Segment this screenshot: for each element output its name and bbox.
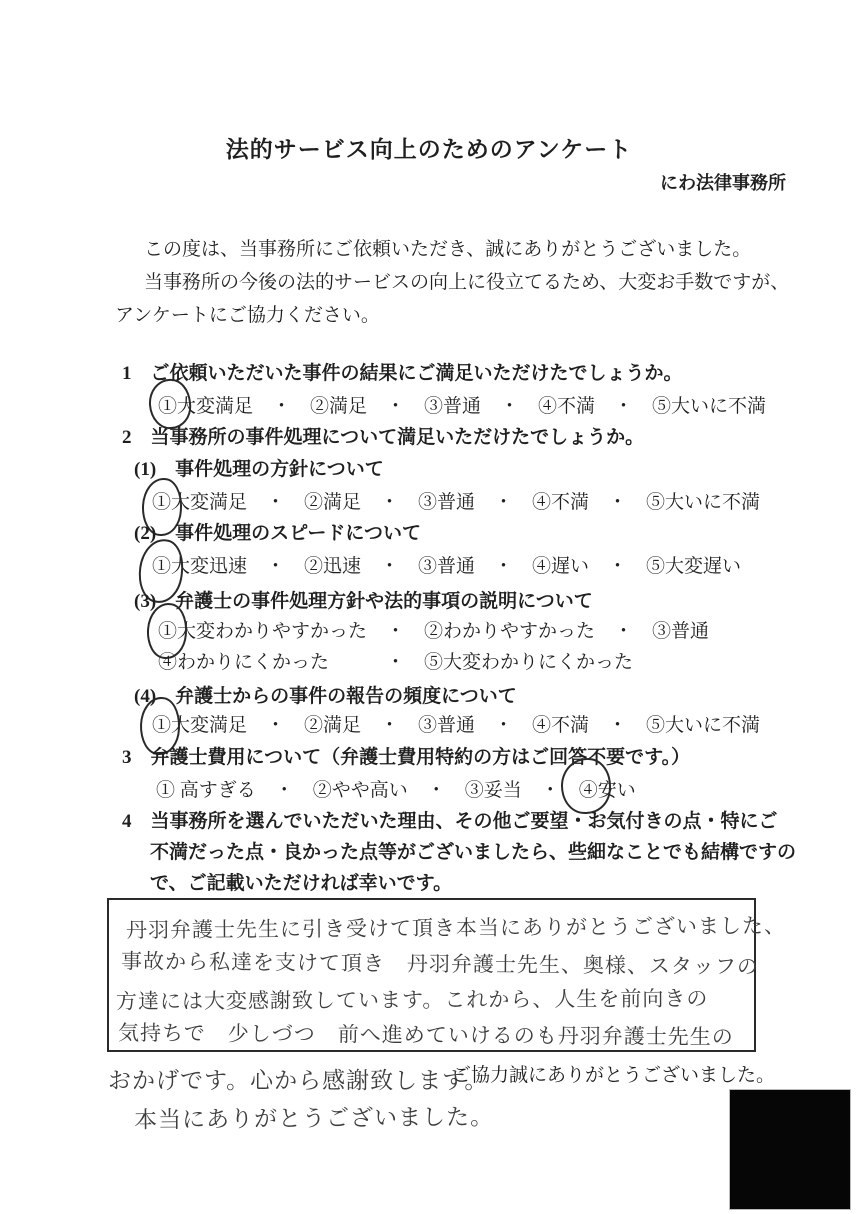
printed-thanks: ご協力誠にありがとうございました。 (452, 1064, 775, 1088)
question-4-heading-line2: 不満だった点・良かった点等がございましたら、些細なことでも結構ですの (150, 841, 796, 865)
question-2-3-options-line1: ①大変わかりやすかった ・ ②わかりやすかった ・ ③普通 (158, 620, 709, 644)
question-1-heading: 1 ご依頼いただいた事件の結果にご満足いただけたでしょうか。 (122, 362, 683, 386)
answer-circle-q3 (560, 757, 613, 816)
question-4-heading-line3: で、ご記載いただければ幸いです。 (150, 872, 452, 896)
question-2-3-options-line2: ④わかりにくかった ・ ⑤大変わかりにくかった (158, 651, 633, 675)
question-1-options: ①大変満足 ・ ②満足 ・ ③普通 ・ ④不満 ・ ⑤大いに不満 (158, 395, 766, 419)
question-2-4-label: (4) 弁護士からの事件の報告の頻度について (134, 685, 517, 709)
handwritten-line-4: 気持ちで 少しづつ 前へ進めていけるのも丹羽弁護士先生の (118, 1017, 734, 1051)
redaction-box (730, 1090, 850, 1209)
question-2-3-label: (3) 弁護士の事件処理方針や法的事項の説明について (134, 590, 593, 614)
intro-line-3: アンケートにご協力ください。 (115, 304, 380, 328)
handwritten-line-3: 方達には大変感謝致しています。これから、人生を前向きの (116, 982, 708, 1015)
survey-document: 法的サービス向上のためのアンケート にわ法律事務所 この度は、当事務所にご依頼い… (0, 0, 858, 1214)
handwritten-line-1: 丹羽弁護士先生に引き受けて頂き本当にありがとうございました、 (126, 910, 786, 945)
firm-name: にわ法律事務所 (0, 172, 858, 195)
handwritten-line-5: おかげです。心から感謝致します。 (108, 1062, 488, 1095)
question-2-2-options: ①大変迅速 ・ ②迅速 ・ ③普通 ・ ④遅い ・ ⑤大変遅い (152, 555, 741, 579)
question-4-heading-line1: 4 当事務所を選んでいただいた理由、その他ご要望・お気付きの点・特にご (122, 810, 778, 834)
question-2-heading: 2 当事務所の事件処理について満足いただけたでしょうか。 (122, 426, 644, 450)
handwritten-line-2: 事故から私達を支けて頂き 丹羽弁護士先生、奥様、スタッフの (121, 945, 759, 981)
question-2-2-label: (2) 事件処理のスピードについて (134, 522, 421, 546)
question-2-4-options: ①大変満足 ・ ②満足 ・ ③普通 ・ ④不満 ・ ⑤大いに不満 (152, 714, 760, 738)
question-2-1-options: ①大変満足 ・ ②満足 ・ ③普通 ・ ④不満 ・ ⑤大いに不満 (152, 491, 760, 515)
handwritten-line-6: 本当にありがとうございました。 (134, 1098, 494, 1134)
intro-line-2: 当事務所の今後の法的サービスの向上に役立てるため、大変お手数ですが、 (144, 271, 789, 295)
intro-line-1: この度は、当事務所にご依頼いただき、誠にありがとうございました。 (144, 238, 751, 262)
question-2-1-label: (1) 事件処理の方針について (134, 458, 384, 482)
page-title: 法的サービス向上のためのアンケート (0, 136, 858, 165)
